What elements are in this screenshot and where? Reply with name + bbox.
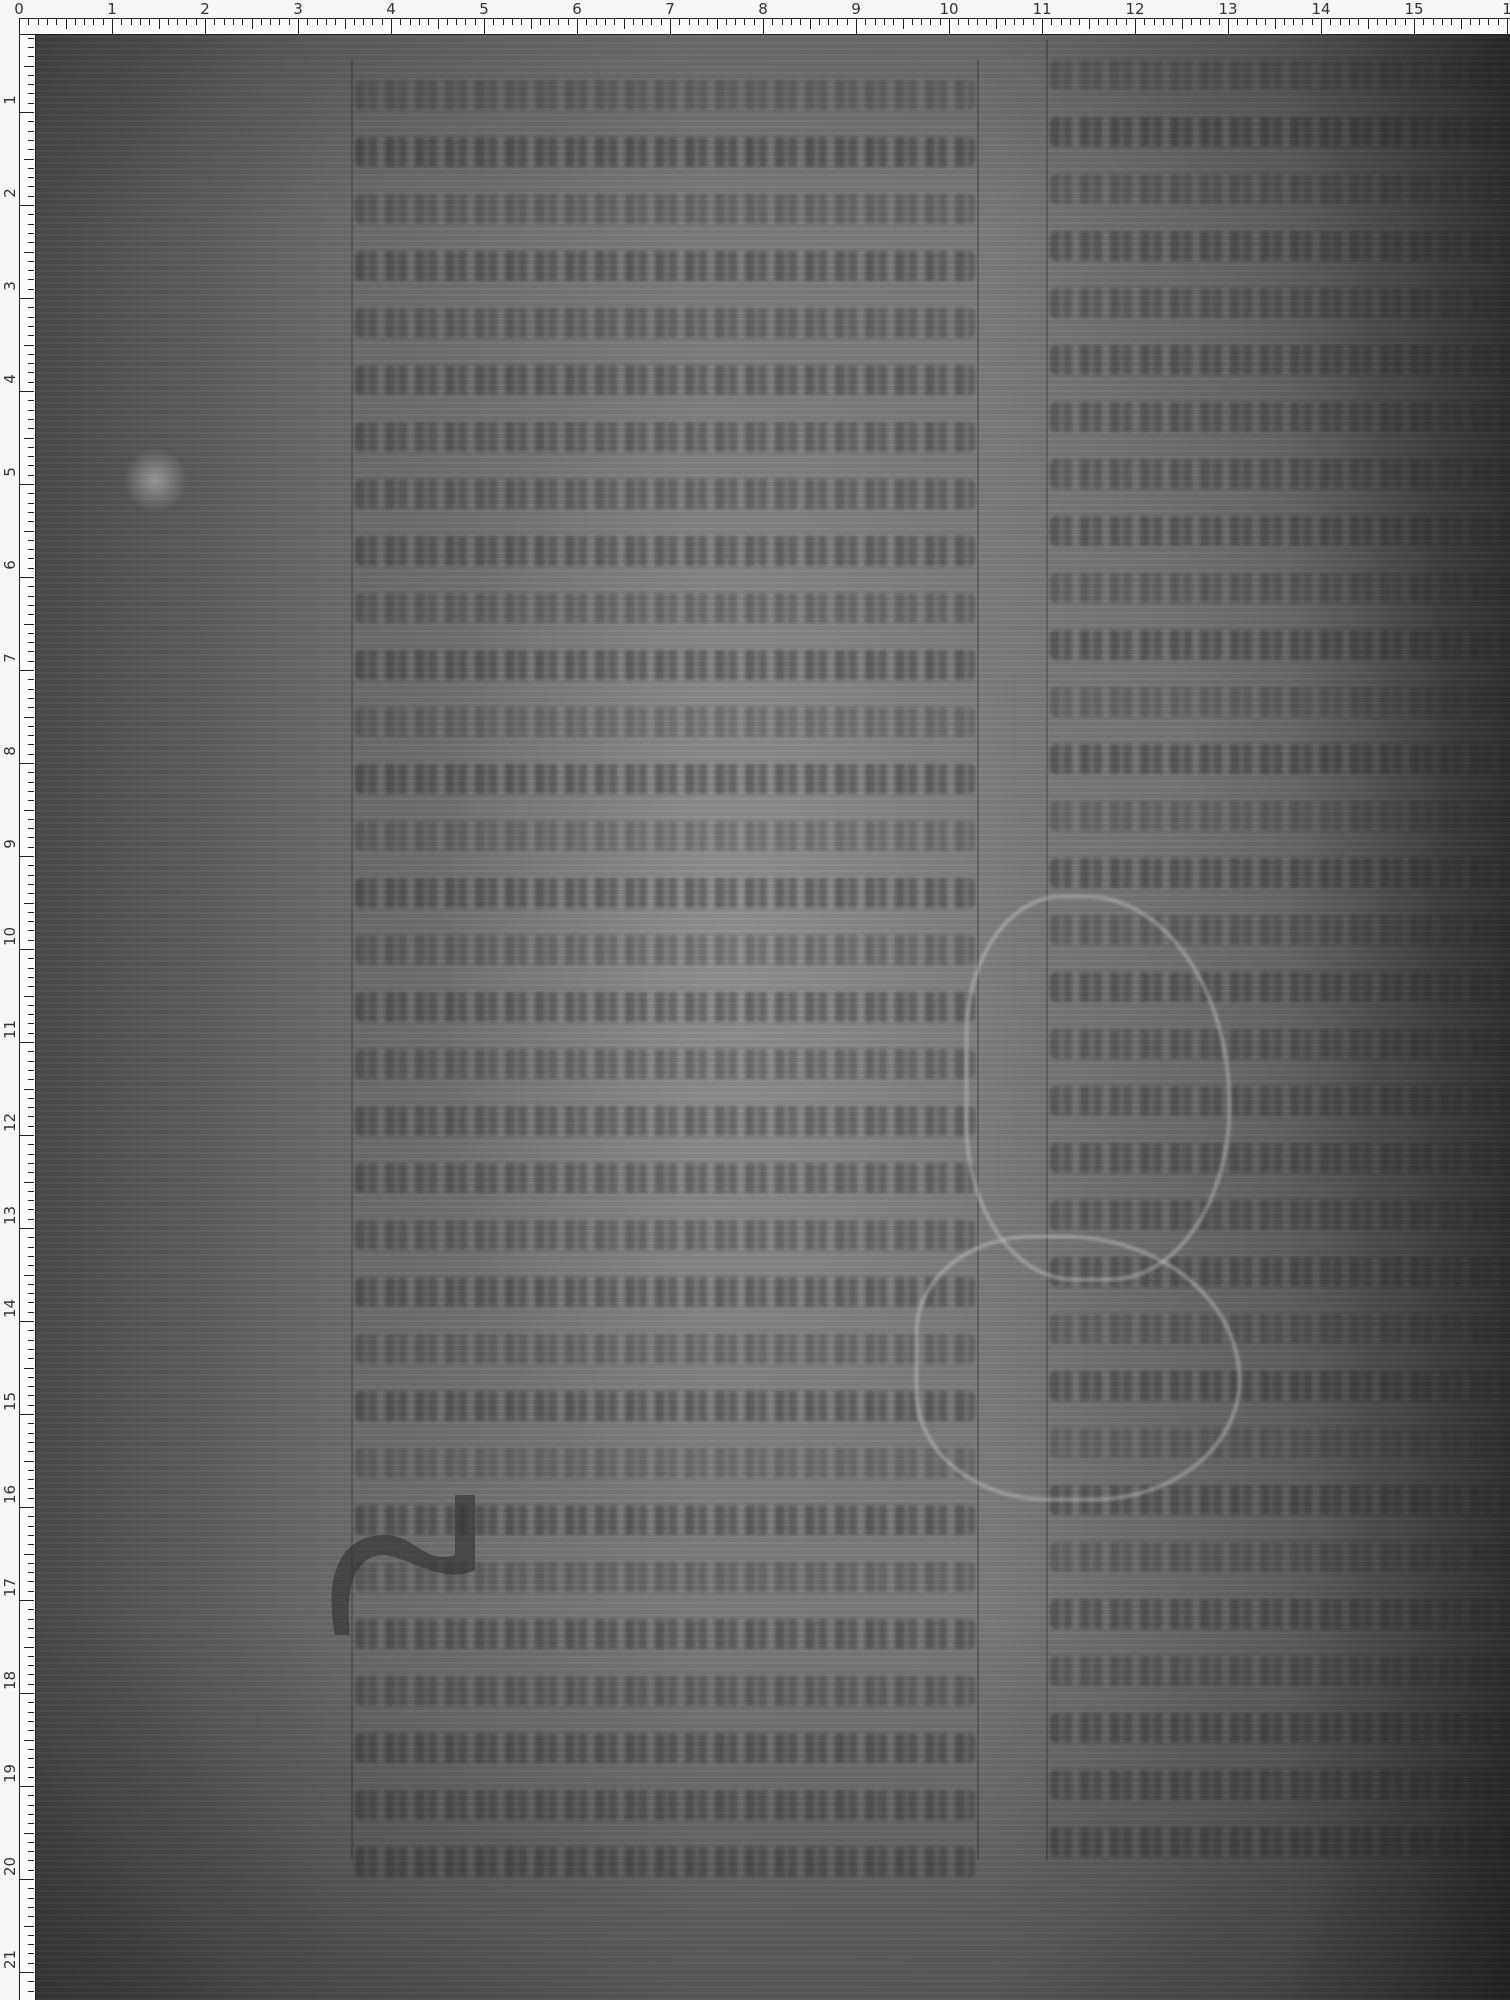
ruler-label: 1 <box>1 91 19 109</box>
text-line <box>1050 1314 1510 1344</box>
text-line <box>1050 1656 1510 1686</box>
light-spot <box>125 445 185 515</box>
ruler-label: 4 <box>1 370 19 388</box>
text-line <box>1050 972 1510 1002</box>
ruler-label: 13 <box>1218 0 1237 18</box>
text-line <box>1050 858 1510 888</box>
ruler-label: 3 <box>1 277 19 295</box>
text-line <box>1050 516 1510 546</box>
ruler-label: 19 <box>1 1765 19 1783</box>
text-line <box>1050 1143 1510 1173</box>
text-line <box>1050 345 1510 375</box>
text-line <box>355 1448 975 1478</box>
text-line <box>355 137 975 167</box>
ruler-label: 21 <box>1 1951 19 1969</box>
text-line <box>355 80 975 110</box>
text-line <box>1050 1713 1510 1743</box>
ruler-label: 2 <box>1 184 19 202</box>
text-line <box>355 764 975 794</box>
text-line <box>1050 1200 1510 1230</box>
text-line <box>355 1790 975 1820</box>
ruler-label: 0 <box>14 0 24 18</box>
text-line <box>1050 915 1510 945</box>
text-line <box>355 1619 975 1649</box>
ruler-label: 18 <box>1 1672 19 1690</box>
text-line <box>355 308 975 338</box>
ruler-label: 4 <box>386 0 396 18</box>
text-line <box>355 821 975 851</box>
text-line <box>355 1163 975 1193</box>
ruler-label: 15 <box>1404 0 1423 18</box>
text-line <box>355 1106 975 1136</box>
text-line <box>1050 1599 1510 1629</box>
decorated-initial <box>325 1475 515 1645</box>
text-line <box>1050 60 1510 90</box>
text-line <box>1050 231 1510 261</box>
ruler-label: 1 <box>1502 0 1510 18</box>
text-line <box>1050 1770 1510 1800</box>
text-line <box>1050 1086 1510 1116</box>
ruler-label: 5 <box>479 0 489 18</box>
text-line <box>355 992 975 1022</box>
text-line <box>355 1505 975 1535</box>
ruler-label: 9 <box>851 0 861 18</box>
ruler-label: 1 <box>107 0 117 18</box>
ruler-label: 7 <box>1 649 19 667</box>
text-line <box>355 251 975 281</box>
ruler-label: 10 <box>1 928 19 946</box>
text-line <box>1050 174 1510 204</box>
text-line <box>1050 1428 1510 1458</box>
text-line <box>1050 1827 1510 1857</box>
text-line <box>355 194 975 224</box>
text-line <box>355 1733 975 1763</box>
right-text-column <box>1050 40 1510 1860</box>
text-line <box>1050 744 1510 774</box>
text-line <box>355 1391 975 1421</box>
text-line <box>355 593 975 623</box>
ruler-label: 8 <box>758 0 768 18</box>
text-line <box>355 1847 975 1877</box>
left-text-column <box>355 60 975 1860</box>
ruler-label: 15 <box>1 1393 19 1411</box>
ruler-label: 12 <box>1125 0 1144 18</box>
ruler-label: 3 <box>293 0 303 18</box>
text-line <box>1050 1371 1510 1401</box>
ruler-label: 13 <box>1 1207 19 1225</box>
text-line <box>355 536 975 566</box>
ruler-label: 14 <box>1311 0 1330 18</box>
text-line <box>355 1562 975 1592</box>
text-line <box>355 1334 975 1364</box>
ruler-label: 6 <box>1 556 19 574</box>
top-ruler: 01234567891011121314151 <box>0 0 1510 34</box>
text-line <box>355 1676 975 1706</box>
text-line <box>1050 402 1510 432</box>
text-line <box>355 1277 975 1307</box>
ruler-label: 17 <box>1 1579 19 1597</box>
ruler-label: 10 <box>939 0 958 18</box>
ruler-label: 9 <box>1 835 19 853</box>
ruler-label: 11 <box>1032 0 1051 18</box>
ruler-label: 14 <box>1 1300 19 1318</box>
text-line <box>355 707 975 737</box>
text-line <box>1050 1542 1510 1572</box>
ruler-label: 2 <box>200 0 210 18</box>
text-line <box>355 422 975 452</box>
ruler-label: 7 <box>665 0 675 18</box>
text-line <box>355 1049 975 1079</box>
text-line <box>1050 459 1510 489</box>
manuscript-scan <box>35 35 1510 2000</box>
text-line <box>355 650 975 680</box>
ruler-label: 20 <box>1 1858 19 1876</box>
ruler-label: 5 <box>1 463 19 481</box>
text-line <box>1050 288 1510 318</box>
text-line <box>1050 1257 1510 1287</box>
left-ruler: 123456789101112131415161718192021 <box>0 0 34 2000</box>
text-line <box>1050 573 1510 603</box>
ruler-label: 12 <box>1 1114 19 1132</box>
damage-outline <box>915 1235 1241 1501</box>
text-line <box>355 1220 975 1250</box>
text-line <box>355 878 975 908</box>
ruler-label: 16 <box>1 1486 19 1504</box>
damage-outline <box>965 895 1231 1281</box>
text-line <box>1050 1029 1510 1059</box>
text-line <box>355 935 975 965</box>
text-line <box>1050 117 1510 147</box>
text-line <box>1050 630 1510 660</box>
ruler-label: 11 <box>1 1021 19 1039</box>
text-line <box>355 479 975 509</box>
text-line <box>1050 1485 1510 1515</box>
ruler-label: 8 <box>1 742 19 760</box>
text-line <box>1050 687 1510 717</box>
ruler-label: 6 <box>572 0 582 18</box>
text-line <box>1050 801 1510 831</box>
text-line <box>355 365 975 395</box>
